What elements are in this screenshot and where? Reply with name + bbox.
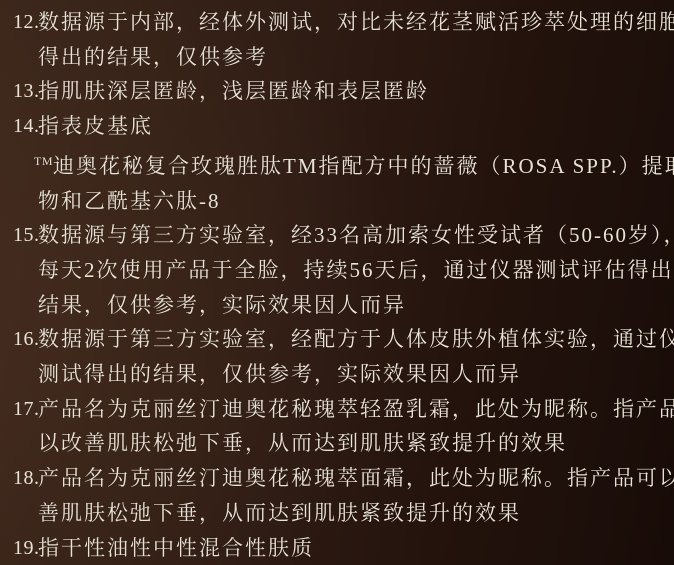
footnote-line: 以改善肌肤松弛下垂，从而达到肌肤紧致提升的效果 bbox=[38, 426, 668, 461]
footnote-body: 指表皮基底 bbox=[38, 109, 668, 144]
footnote-number: 19. bbox=[13, 531, 38, 565]
footnote-line: 测试得出的结果，仅供参考，实际效果因人而异 bbox=[38, 357, 668, 392]
footnote-18: 18. 产品名为克丽丝汀迪奥花秘瑰萃面霜，此处为昵称。指产品可以改 善肌肤松弛下… bbox=[13, 461, 668, 530]
footnote-number: 18. bbox=[13, 461, 38, 496]
footnote-line: 物和乙酰基六肽-8 bbox=[38, 184, 668, 219]
footnote-line: 数据源于第三方实验室，经配方于人体皮肤外植体实验，通过仪器 bbox=[38, 322, 668, 357]
footnote-13: 13. 指肌肤深层匿龄，浅层匿龄和表层匿龄 bbox=[13, 74, 668, 109]
footnote-16: 16. 数据源于第三方实验室，经配方于人体皮肤外植体实验，通过仪器 测试得出的结… bbox=[13, 322, 668, 391]
footnote-14: 14. 指表皮基底 bbox=[13, 109, 668, 144]
footnote-number: 16. bbox=[13, 322, 38, 357]
footnote-line: 结果，仅供参考，实际效果因人而异 bbox=[38, 288, 668, 323]
footnote-line: 得出的结果，仅供参考 bbox=[38, 40, 668, 75]
footnote-body: 指肌肤深层匿龄，浅层匿龄和表层匿龄 bbox=[38, 74, 668, 109]
footnote-19: 19. 指干性油性中性混合性肤质 bbox=[13, 531, 668, 565]
footnote-line: 产品名为克丽丝汀迪奥花秘瑰萃面霜，此处为昵称。指产品可以改 bbox=[38, 461, 668, 496]
footnote-line: 指干性油性中性混合性肤质 bbox=[38, 531, 668, 565]
footnote-line: 善肌肤松弛下垂，从而达到肌肤紧致提升的效果 bbox=[38, 496, 668, 531]
footnote-line: 产品名为克丽丝汀迪奥花秘瑰萃轻盈乳霜，此处为昵称。指产品可 bbox=[38, 392, 668, 427]
footnote-body: 数据源于内部，经体外测试，对比未经花茎赋活珍萃处理的细胞 得出的结果，仅供参考 bbox=[38, 5, 668, 74]
footnote-line: 数据源于内部，经体外测试，对比未经花茎赋活珍萃处理的细胞 bbox=[38, 5, 668, 40]
footnote-body: 数据源于第三方实验室，经配方于人体皮肤外植体实验，通过仪器 测试得出的结果，仅供… bbox=[38, 322, 668, 391]
footnote-number: 12. bbox=[13, 5, 38, 40]
footnote-line: TM迪奥花秘复合玫瑰胜肽TM指配方中的蔷薇（ROSA SPP.）提取 bbox=[38, 144, 668, 184]
footnote-number: 14. bbox=[13, 109, 38, 144]
footnote-line: 每天2次使用产品于全脸，持续56天后，通过仪器测试评估得出的 bbox=[38, 253, 668, 288]
footnote-17: 17. 产品名为克丽丝汀迪奥花秘瑰萃轻盈乳霜，此处为昵称。指产品可 以改善肌肤松… bbox=[13, 392, 668, 461]
footnotes-page: 12. 数据源于内部，经体外测试，对比未经花茎赋活珍萃处理的细胞 得出的结果，仅… bbox=[0, 0, 674, 565]
footnote-line: 指表皮基底 bbox=[38, 109, 668, 144]
footnote-12: 12. 数据源于内部，经体外测试，对比未经花茎赋活珍萃处理的细胞 得出的结果，仅… bbox=[13, 5, 668, 74]
footnote-15: 15. 数据源与第三方实验室，经33名高加索女性受试者（50-60岁）， 每天2… bbox=[13, 218, 668, 322]
footnote-trademark-note: TM迪奥花秘复合玫瑰胜肽TM指配方中的蔷薇（ROSA SPP.）提取 物和乙酰基… bbox=[13, 144, 668, 218]
footnote-line: 数据源与第三方实验室，经33名高加索女性受试者（50-60岁）， bbox=[38, 218, 668, 253]
footnote-body: 指干性油性中性混合性肤质 bbox=[38, 531, 668, 565]
footnote-body: 数据源与第三方实验室，经33名高加索女性受试者（50-60岁）， 每天2次使用产… bbox=[38, 218, 668, 322]
footnote-body: 产品名为克丽丝汀迪奥花秘瑰萃面霜，此处为昵称。指产品可以改 善肌肤松弛下垂，从而… bbox=[38, 461, 668, 530]
footnote-body: TM迪奥花秘复合玫瑰胜肽TM指配方中的蔷薇（ROSA SPP.）提取 物和乙酰基… bbox=[38, 144, 668, 218]
footnote-number: 15. bbox=[13, 218, 38, 253]
trademark-superscript: TM bbox=[34, 154, 53, 168]
footnote-line-text: 迪奥花秘复合玫瑰胜肽TM指配方中的蔷薇（ROSA SPP.）提取 bbox=[53, 154, 674, 178]
footnote-number: 13. bbox=[13, 74, 38, 109]
footnote-line: 指肌肤深层匿龄，浅层匿龄和表层匿龄 bbox=[38, 74, 668, 109]
footnote-number: 17. bbox=[13, 392, 38, 427]
footnote-body: 产品名为克丽丝汀迪奥花秘瑰萃轻盈乳霜，此处为昵称。指产品可 以改善肌肤松弛下垂，… bbox=[38, 392, 668, 461]
